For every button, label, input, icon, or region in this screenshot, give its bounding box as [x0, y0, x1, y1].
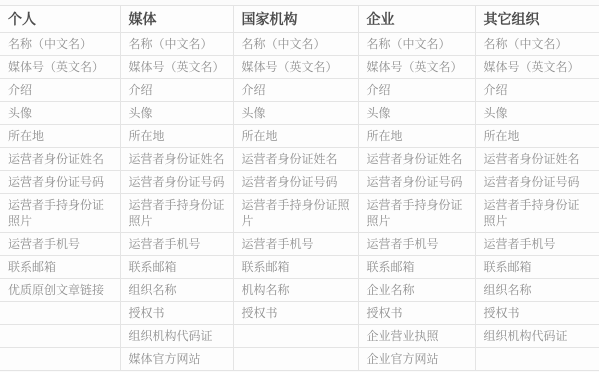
table-row: 优质原创文章链接 组织名称 机构名称 企业名称 组织名称 [0, 279, 599, 302]
column-header-state-org: 国家机构 [233, 6, 358, 33]
table-cell: 名称（中文名） [233, 33, 358, 56]
table-cell: 运营者手持身份证照片 [358, 194, 475, 233]
table-cell: 联系邮箱 [475, 256, 599, 279]
table-cell: 运营者手持身份证照片 [120, 194, 233, 233]
table-cell: 运营者手机号 [120, 233, 233, 256]
table-cell: 授权书 [120, 302, 233, 325]
table-cell: 所在地 [233, 125, 358, 148]
table-cell: 介绍 [358, 79, 475, 102]
table-row: 名称（中文名） 名称（中文名） 名称（中文名） 名称（中文名） 名称（中文名） [0, 33, 599, 56]
table-cell: 运营者手机号 [475, 233, 599, 256]
table-cell: 运营者身份证姓名 [233, 148, 358, 171]
account-fields-comparison: 个人 媒体 国家机构 企业 其它组织 名称（中文名） 名称（中文名） 名称（中文… [0, 0, 599, 371]
table-cell: 授权书 [358, 302, 475, 325]
table-cell: 头像 [233, 102, 358, 125]
table-cell: 介绍 [0, 79, 120, 102]
column-header-enterprise: 企业 [358, 6, 475, 33]
table-row: 头像 头像 头像 头像 头像 [0, 102, 599, 125]
table-cell: 运营者手持身份证照片 [0, 194, 120, 233]
table-cell: 授权书 [475, 302, 599, 325]
table-row: 运营者身份证号码 运营者身份证号码 运营者身份证号码 运营者身份证号码 运营者身… [0, 171, 599, 194]
table-cell: 运营者手持身份证照片 [475, 194, 599, 233]
table-row: 所在地 所在地 所在地 所在地 所在地 [0, 125, 599, 148]
table-cell: 运营者身份证姓名 [475, 148, 599, 171]
table-cell: 优质原创文章链接 [0, 279, 120, 302]
table-cell: 头像 [358, 102, 475, 125]
table-cell: 授权书 [233, 302, 358, 325]
table-cell: 组织名称 [120, 279, 233, 302]
table-cell: 介绍 [475, 79, 599, 102]
table-cell: 运营者身份证姓名 [358, 148, 475, 171]
table-cell: 媒体号（英文名） [0, 56, 120, 79]
table-row: 运营者身份证姓名 运营者身份证姓名 运营者身份证姓名 运营者身份证姓名 运营者身… [0, 148, 599, 171]
table-cell [0, 325, 120, 348]
table-cell: 媒体官方网站 [120, 348, 233, 371]
column-header-personal: 个人 [0, 6, 120, 33]
table-cell: 联系邮箱 [120, 256, 233, 279]
table-cell: 组织机构代码证 [475, 325, 599, 348]
table-cell: 媒体号（英文名） [475, 56, 599, 79]
table-cell [0, 348, 120, 371]
table-cell: 媒体号（英文名） [233, 56, 358, 79]
table-cell: 企业官方网站 [358, 348, 475, 371]
table-row: 介绍 介绍 介绍 介绍 介绍 [0, 79, 599, 102]
table-cell: 运营者身份证姓名 [120, 148, 233, 171]
table-cell: 所在地 [358, 125, 475, 148]
table-cell: 组织机构代码证 [120, 325, 233, 348]
table-cell: 头像 [475, 102, 599, 125]
table-cell: 介绍 [120, 79, 233, 102]
table-cell [475, 348, 599, 371]
table-cell: 联系邮箱 [233, 256, 358, 279]
table-row: 联系邮箱 联系邮箱 联系邮箱 联系邮箱 联系邮箱 [0, 256, 599, 279]
table-row: 组织机构代码证 企业营业执照 组织机构代码证 [0, 325, 599, 348]
table-cell: 所在地 [475, 125, 599, 148]
column-header-other-org: 其它组织 [475, 6, 599, 33]
table-cell: 运营者身份证号码 [358, 171, 475, 194]
table-cell: 媒体号（英文名） [358, 56, 475, 79]
account-type-fields-table: 个人 媒体 国家机构 企业 其它组织 名称（中文名） 名称（中文名） 名称（中文… [0, 5, 599, 371]
table-cell: 运营者身份证号码 [120, 171, 233, 194]
table-row: 授权书 授权书 授权书 授权书 [0, 302, 599, 325]
table-cell: 名称（中文名） [0, 33, 120, 56]
column-header-media: 媒体 [120, 6, 233, 33]
table-cell: 所在地 [0, 125, 120, 148]
table-cell: 名称（中文名） [120, 33, 233, 56]
table-cell: 运营者手机号 [358, 233, 475, 256]
table-row: 运营者手机号 运营者手机号 运营者手机号 运营者手机号 运营者手机号 [0, 233, 599, 256]
table-cell: 运营者身份证号码 [0, 171, 120, 194]
table-cell: 联系邮箱 [358, 256, 475, 279]
header-row: 个人 媒体 国家机构 企业 其它组织 [0, 6, 599, 33]
table-cell: 头像 [120, 102, 233, 125]
table-cell [233, 325, 358, 348]
table-cell: 组织名称 [475, 279, 599, 302]
table-cell: 运营者身份证号码 [475, 171, 599, 194]
table-cell: 名称（中文名） [475, 33, 599, 56]
table-cell: 名称（中文名） [358, 33, 475, 56]
table-cell: 运营者身份证号码 [233, 171, 358, 194]
table-cell: 头像 [0, 102, 120, 125]
table-cell: 运营者手机号 [0, 233, 120, 256]
table-cell: 所在地 [120, 125, 233, 148]
table-cell [233, 348, 358, 371]
table-cell: 媒体号（英文名） [120, 56, 233, 79]
table-cell: 运营者手持身份证照片 [233, 194, 358, 233]
table-row: 媒体号（英文名） 媒体号（英文名） 媒体号（英文名） 媒体号（英文名） 媒体号（… [0, 56, 599, 79]
table-row: 运营者手持身份证照片 运营者手持身份证照片 运营者手持身份证照片 运营者手持身份… [0, 194, 599, 233]
table-cell: 介绍 [233, 79, 358, 102]
table-cell: 运营者身份证姓名 [0, 148, 120, 171]
table-cell [0, 302, 120, 325]
table-cell: 企业营业执照 [358, 325, 475, 348]
table-cell: 机构名称 [233, 279, 358, 302]
table-row: 媒体官方网站 企业官方网站 [0, 348, 599, 371]
table-cell: 企业名称 [358, 279, 475, 302]
table-cell: 运营者手机号 [233, 233, 358, 256]
table-cell: 联系邮箱 [0, 256, 120, 279]
